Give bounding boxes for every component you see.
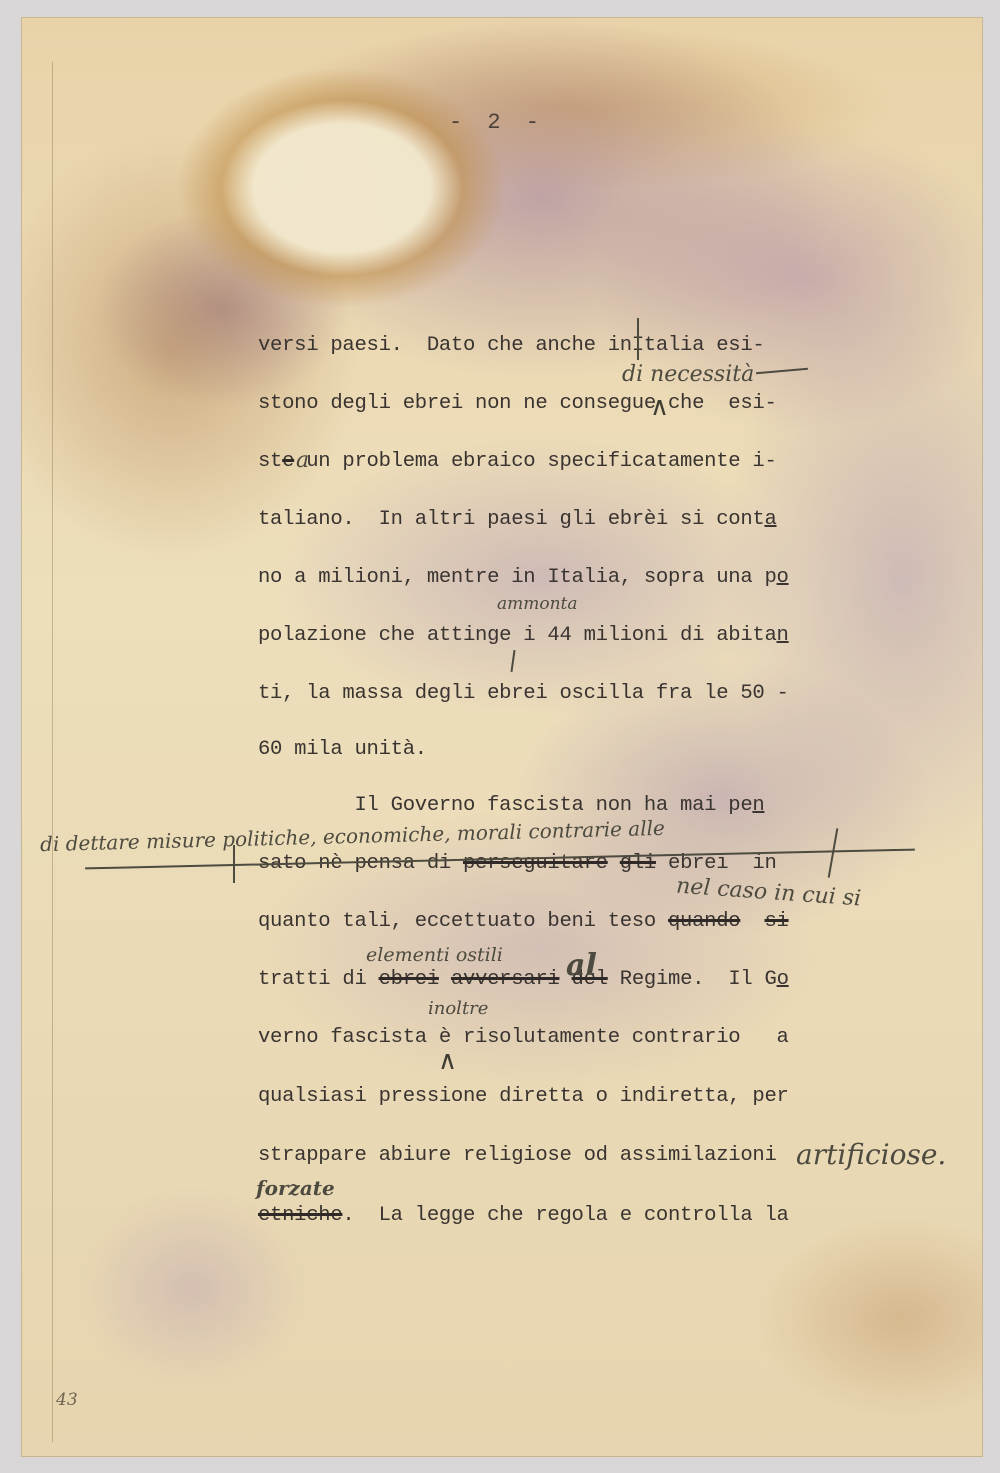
typed-line-4: taliano. In altri paesi gli ebrèi si con… <box>258 508 777 531</box>
typed-line-8: 60 mila unità. <box>258 738 427 761</box>
typed-line-16: etniche. La legge che regola e controlla… <box>258 1204 789 1227</box>
annotation-artificiose: artificiose. <box>796 1138 946 1171</box>
annotation-elementi-ostili: elementi ostili <box>366 944 503 966</box>
annotation-ammonta: ammonta <box>497 594 578 614</box>
page-number: - 2 - <box>449 110 545 135</box>
annotation-al: al <box>566 948 597 983</box>
typed-line-5: no a milioni, mentre in Italia, sopra un… <box>258 566 789 589</box>
archive-page-number: 43 <box>56 1390 78 1410</box>
typed-line-13: verno fascista è risolutamente contrario… <box>258 1026 789 1049</box>
annotation-forzate: forzate <box>256 1176 335 1200</box>
caret-insert-necessita: ∧ <box>650 392 669 422</box>
document-page <box>22 18 982 1456</box>
typed-line-3: ste un problema ebraico specificatamente… <box>258 450 777 473</box>
typed-line-12: tratti di ebrei avversari del Regime. Il… <box>258 968 789 991</box>
typed-line-2: stono degli ebrei non ne consegue che es… <box>258 392 777 415</box>
annotation-di-necessita: di necessità <box>622 362 754 387</box>
typed-line-7: ti, la massa degli ebrei oscilla fra le … <box>258 682 789 705</box>
insertion-mark <box>637 318 639 360</box>
annotation-insert-tick <box>233 845 235 883</box>
typed-line-11: quanto tali, eccettuato beni teso quando… <box>258 910 789 933</box>
caret-insert-inoltre: ∧ <box>438 1046 457 1076</box>
typed-line-1: versi paesi. Dato che anche inItalia esi… <box>258 334 764 357</box>
typed-line-6: polazione che attinge i 44 milioni di ab… <box>258 624 789 647</box>
typed-line-15: strappare abiure religiose od assimilazi… <box>258 1144 777 1167</box>
annotation-correction-a: a <box>296 448 309 473</box>
typed-line-14: qualsiasi pressione diretta o indiretta,… <box>258 1085 789 1108</box>
typed-line-9: Il Governo fascista non ha mai pen <box>258 794 764 817</box>
annotation-inoltre: inoltre <box>428 998 488 1019</box>
